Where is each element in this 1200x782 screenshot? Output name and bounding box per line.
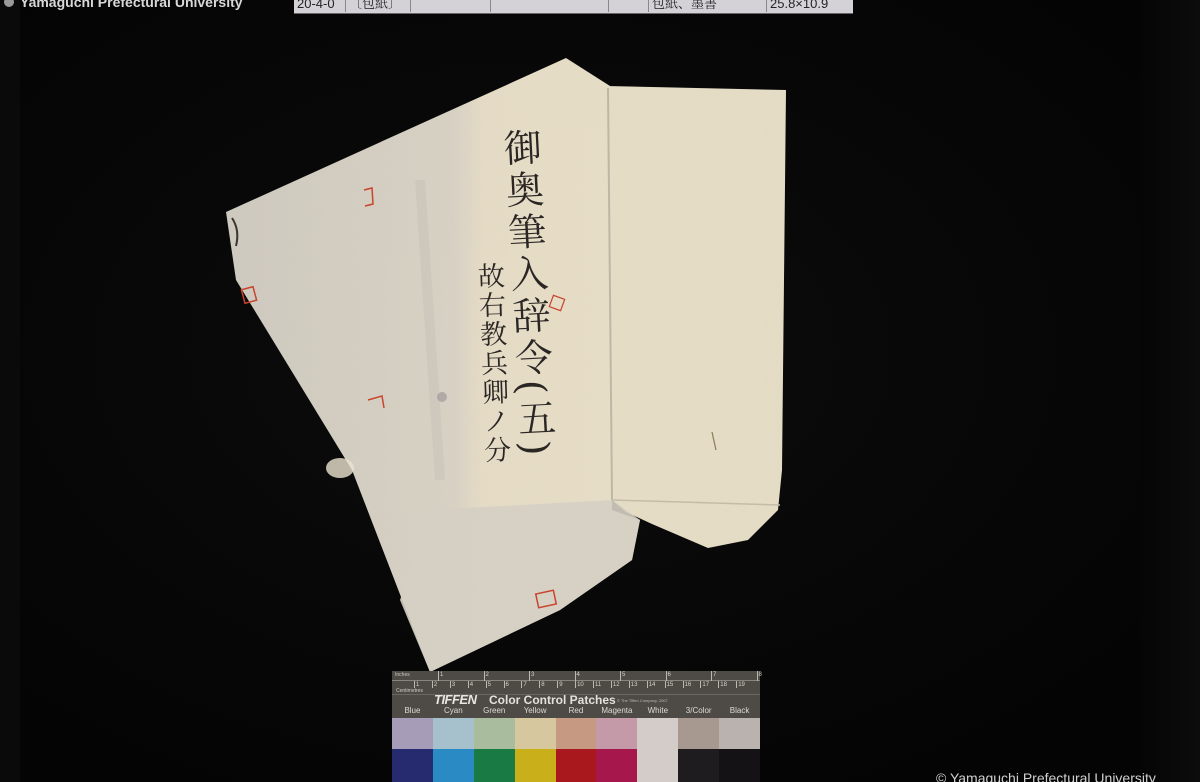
inch-tick-label: 4: [577, 672, 580, 678]
patch-saturated-swatch: [433, 749, 474, 782]
cm-tick: [665, 681, 666, 688]
inch-tick: [757, 671, 758, 681]
patch-light-swatch: [392, 718, 433, 749]
patch-label: Magenta: [596, 706, 637, 717]
color-control-patches-chart: Inches 123456781234567891011121314151617…: [392, 671, 760, 782]
chart-title: Color Control Patches: [489, 693, 616, 707]
cm-tick: [432, 681, 433, 688]
cm-tick: [718, 681, 719, 688]
cm-tick-label: 16: [685, 682, 692, 688]
patch-saturated-swatch: [556, 749, 597, 782]
patch-saturated-swatch: [596, 749, 637, 782]
cm-tick-label: 3: [452, 682, 455, 688]
cm-tick: [414, 681, 415, 688]
cm-tick-label: 14: [649, 682, 656, 688]
paper-shape-icon: [0, 0, 1200, 782]
patch-label: Red: [556, 706, 597, 717]
patch-white: [637, 718, 678, 782]
cm-tick-label: 18: [720, 682, 727, 688]
cm-tick-label: 4: [470, 682, 473, 688]
cm-tick-label: 13: [631, 682, 638, 688]
cm-tick-label: 8: [541, 682, 544, 688]
inch-tick-label: 3: [531, 672, 534, 678]
cm-tick: [521, 681, 522, 688]
institution-credit-bottom: © Yamaguchi Prefectural University: [936, 770, 1156, 782]
patch-light-swatch: [515, 718, 556, 749]
patch-label: 3/Color: [678, 706, 719, 717]
patch-saturated-swatch: [678, 749, 719, 782]
document-wrapper-paper: 御奥筆入辞令(五) 故右教兵卿ノ分: [0, 0, 1200, 782]
cm-tick-label: 17: [702, 682, 709, 688]
cm-tick: [557, 681, 558, 688]
patch-3-color: [678, 718, 719, 782]
patch-label: Blue: [392, 706, 433, 717]
patch-light-swatch: [474, 718, 515, 749]
cm-tick: [504, 681, 505, 688]
patch-light-swatch: [556, 718, 597, 749]
cm-tick: [611, 681, 612, 688]
patch-label: Cyan: [433, 706, 474, 717]
cm-tick-label: 9: [559, 682, 562, 688]
patch-saturated-swatch: [719, 749, 760, 782]
cm-tick-label: 7: [523, 682, 526, 688]
cm-tick-label: 19: [738, 682, 745, 688]
patch-light-swatch: [678, 718, 719, 749]
inch-tick-label: 2: [486, 672, 489, 678]
cm-tick-label: 12: [613, 682, 620, 688]
inch-tick: [438, 671, 439, 681]
patch-cyan: [433, 718, 474, 782]
patch-saturated-swatch: [515, 749, 556, 782]
cm-tick-label: 11: [595, 682, 601, 688]
tiffen-logo: TIFFEN: [434, 692, 477, 707]
patch-blue: [392, 718, 433, 782]
patch-green: [474, 718, 515, 782]
patch-label: Yellow: [515, 706, 556, 717]
inch-tick: [484, 671, 485, 681]
patch-black: [719, 718, 760, 782]
patch-labels: Blue Cyan Green Yellow Red Magenta White…: [392, 706, 760, 717]
inscription-sub: 故右教兵卿ノ分: [474, 262, 508, 466]
cm-tick: [468, 681, 469, 688]
patch-label: Green: [474, 706, 515, 717]
cm-tick: [736, 681, 737, 688]
patch-magenta: [596, 718, 637, 782]
cm-tick-label: 10: [577, 682, 584, 688]
inch-tick: [711, 671, 712, 681]
cm-tick: [575, 681, 576, 688]
patch-red: [556, 718, 597, 782]
inch-tick-label: 7: [713, 672, 716, 678]
patch-saturated-swatch: [392, 749, 433, 782]
patch-label: White: [637, 706, 678, 717]
cm-tick: [700, 681, 701, 688]
cm-tick: [683, 681, 684, 688]
inch-tick: [529, 671, 530, 681]
cm-tick: [450, 681, 451, 688]
cm-tick: [629, 681, 630, 688]
inch-tick: [575, 671, 576, 681]
inch-tick: [620, 671, 621, 681]
inch-tick-label: 5: [622, 672, 625, 678]
patch-light-swatch: [719, 718, 760, 749]
cm-tick-label: 15: [667, 682, 674, 688]
inch-tick: [666, 671, 667, 681]
cm-tick: [593, 681, 594, 688]
patch-light-swatch: [433, 718, 474, 749]
cm-tick-label: 5: [488, 682, 491, 688]
inch-tick-label: 8: [759, 672, 762, 678]
chart-copyright: © The Tiffen Company, 2007: [617, 698, 668, 703]
cm-tick-label: 2: [434, 682, 437, 688]
cm-tick: [486, 681, 487, 688]
inch-tick-label: 1: [440, 672, 443, 678]
cm-tick-label: 6: [506, 682, 509, 688]
patch-saturated-swatch: [474, 749, 515, 782]
patch-light-swatch: [637, 718, 678, 782]
inch-tick-label: 6: [668, 672, 671, 678]
cm-tick: [539, 681, 540, 688]
color-patches: [392, 718, 760, 782]
patch-label: Black: [719, 706, 760, 717]
ruler-inches-label: Inches: [395, 672, 410, 678]
cm-tick: [647, 681, 648, 688]
patch-light-swatch: [596, 718, 637, 749]
patch-yellow: [515, 718, 556, 782]
